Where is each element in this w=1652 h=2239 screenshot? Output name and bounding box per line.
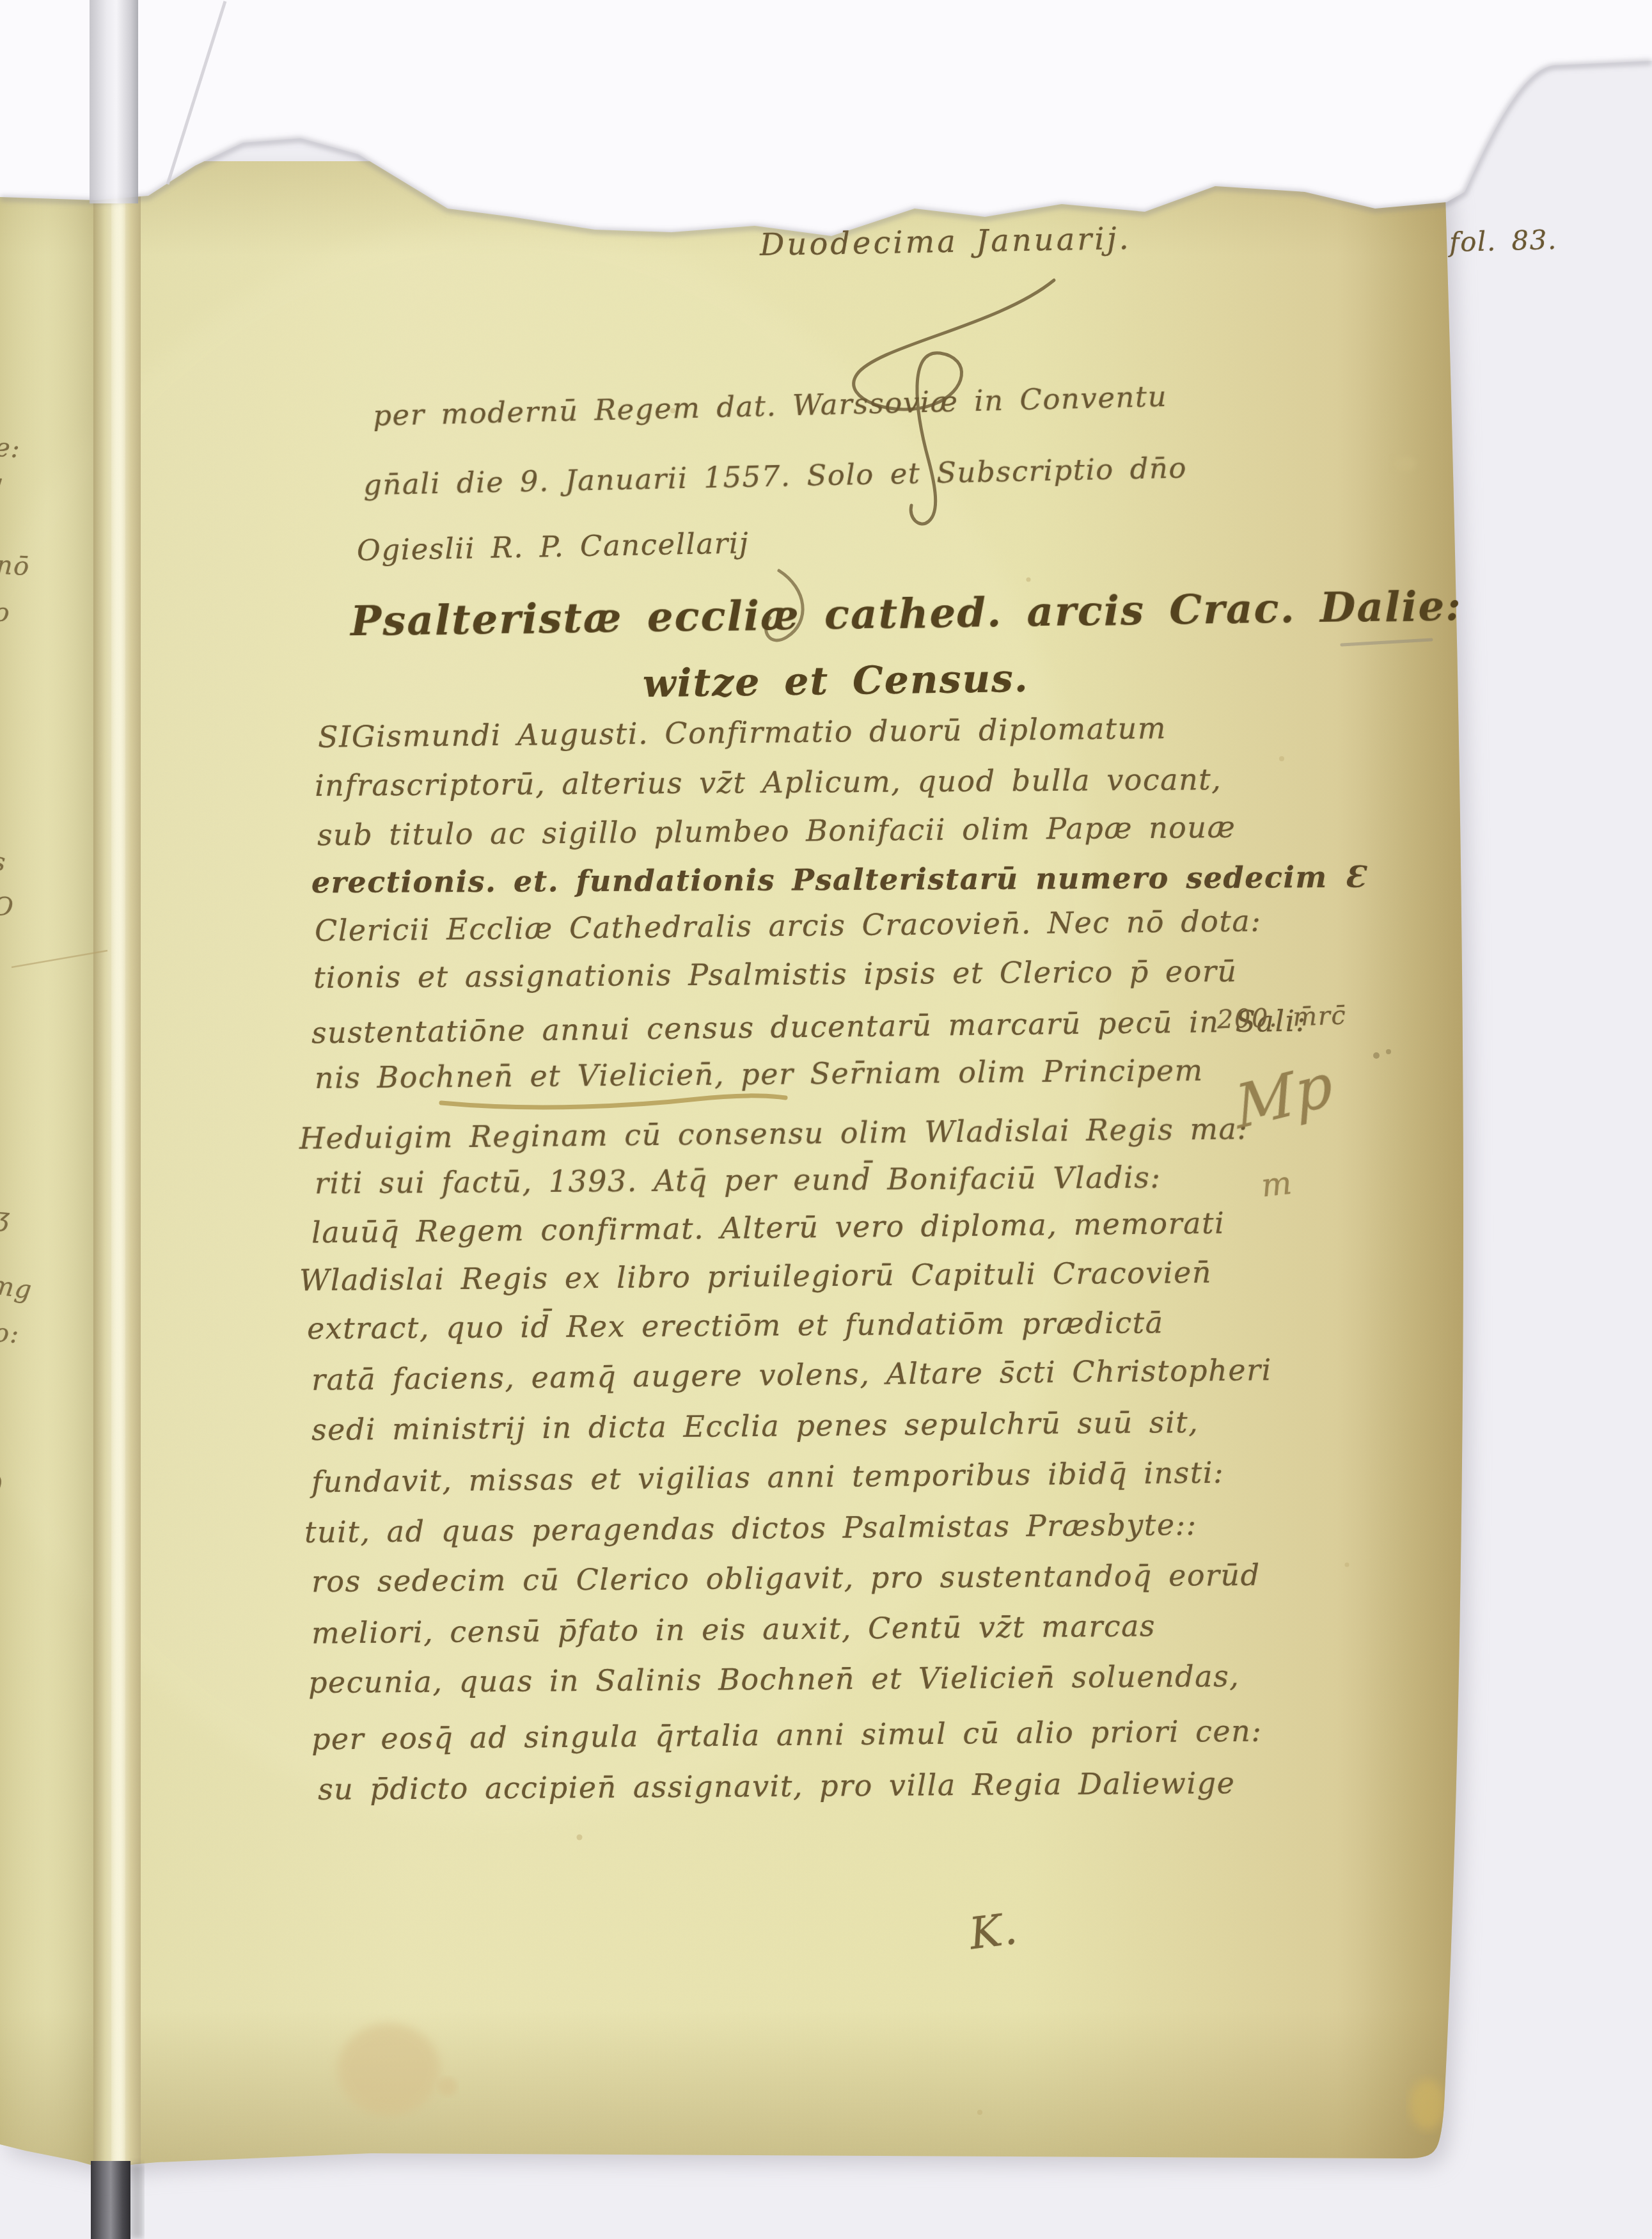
bottom-register-mark: K. (966, 1904, 1020, 1960)
page-holder-strip-top (90, 0, 138, 203)
margin-dots (1373, 1052, 1380, 1059)
manuscript-body-line: meliori, censū p̄fato in eis auxit, Cent… (311, 1608, 1156, 1650)
manuscript-body-line: infrascriptorū, alterius vz̄t Aplicum, q… (315, 762, 1222, 803)
manuscript-body-line: riti sui factū, 1393. Atq̄ per eund̄ Bon… (315, 1160, 1161, 1200)
manuscript-body-line: extract, quo id̄ Rex erectiōm et fundati… (307, 1305, 1164, 1345)
edge-text-fragment: o: (0, 1318, 20, 1350)
manuscript-body-line: tionis et assignationis Psalmistis ipsis… (313, 954, 1238, 995)
edge-text-fragment: e: (0, 433, 22, 464)
margin-census-note: 200. m̄rc̄ (1216, 1001, 1347, 1034)
page-date-heading: Duodecima Januarij. (760, 221, 1132, 263)
manuscript-body-line: ros sedecim cū Clerico obligavit, pro su… (311, 1558, 1261, 1599)
manuscript-scan: Duodecima Januarij. fol. 83. per modernū… (0, 0, 1652, 2239)
manuscript-body-line: erectionis. et. fundationis Psalteristar… (311, 860, 1367, 900)
edge-text-fragment: nō (0, 551, 31, 582)
entry-title-continued: witze et Census. (643, 656, 1030, 706)
edge-text-fragment: mg (0, 1270, 34, 1306)
margin-monogram-sub: m (1259, 1164, 1294, 1205)
manuscript-body-line: pecunia, quas in Salinis Bochnen̄ et Vie… (308, 1659, 1240, 1700)
manuscript-body-line: su p̄dicto accipien̄ assignavit, pro vil… (318, 1766, 1236, 1807)
page-holder-rod-bottom (91, 2161, 130, 2239)
folio-number: fol. 83. (1449, 224, 1557, 258)
